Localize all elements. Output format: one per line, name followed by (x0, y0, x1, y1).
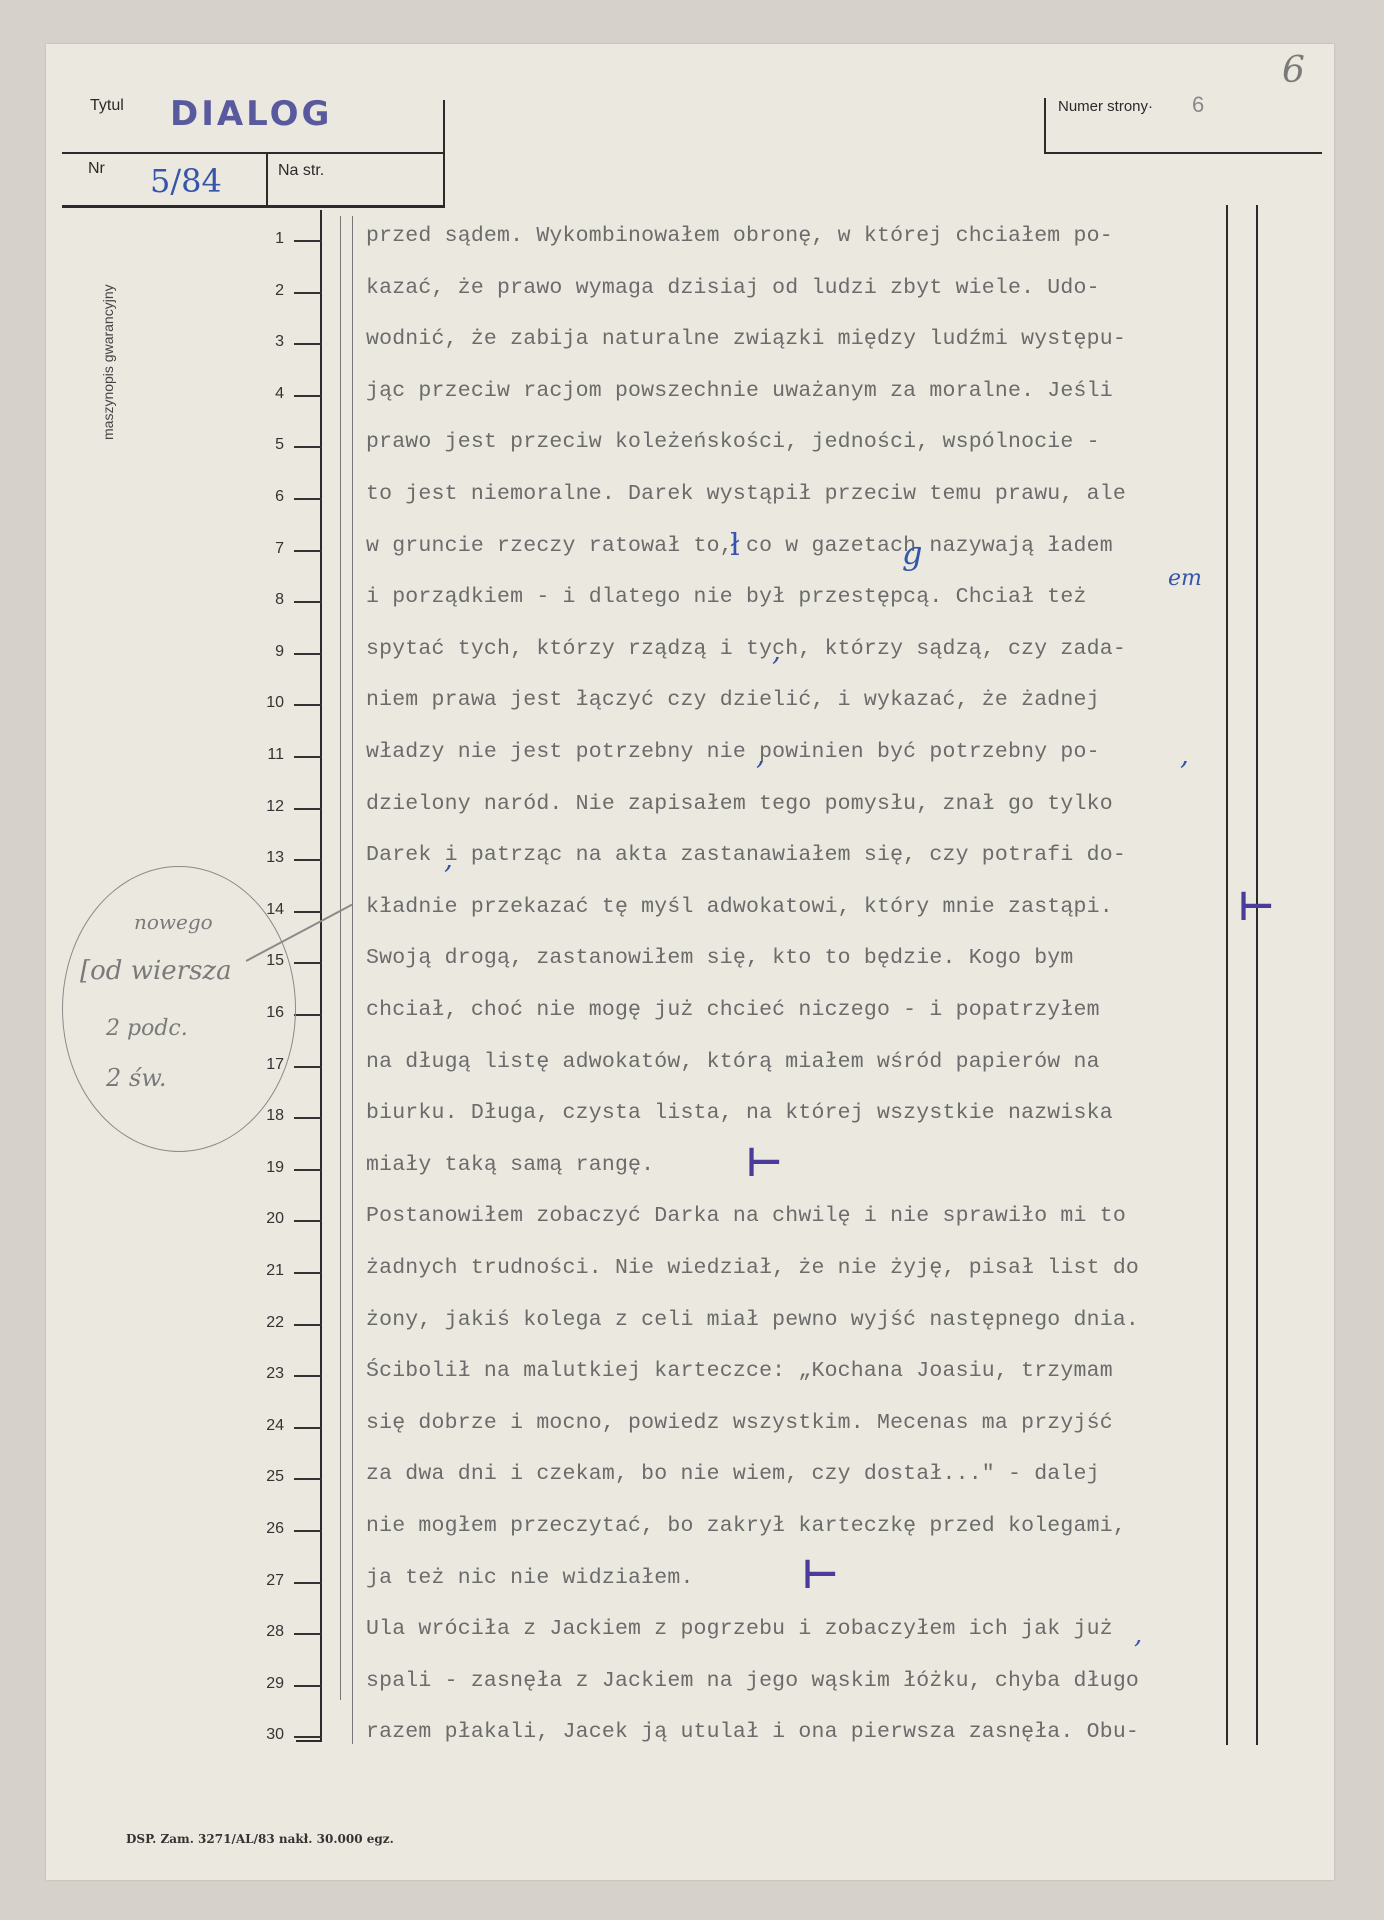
line-number: 8 (244, 591, 284, 609)
typed-line: żadnych trudności. Nie wiedział, że nie … (366, 1256, 1139, 1280)
header-cell-divider (266, 152, 268, 206)
typed-line: spali - zasnęła z Jackiem na jego wąskim… (366, 1669, 1139, 1693)
text-frame-right-1 (1226, 205, 1228, 1745)
line-tick (294, 653, 322, 655)
typed-line: kładnie przekazać tę myśl adwokatowi, kt… (366, 895, 1113, 919)
line-number: 21 (244, 1262, 284, 1280)
typed-line: żony, jakiś kolega z celi miał pewno wyj… (366, 1308, 1139, 1332)
line-tick (294, 1272, 322, 1274)
ruler-spine (320, 210, 322, 1742)
correction-comma-4: , (444, 842, 453, 875)
nr-label: Nr (88, 160, 105, 178)
nr-value: 5/84 (150, 162, 222, 200)
line-tick (294, 1066, 322, 1068)
line-tick (294, 1530, 322, 1532)
typed-line: przed sądem. Wykombinowałem obronę, w kt… (366, 224, 1113, 248)
page-number-box-bottom (1044, 152, 1322, 154)
line-tick (294, 1117, 322, 1119)
typed-line: niem prawa jest łączyć czy dzielić, i wy… (366, 688, 1100, 712)
pencil-note-line-3: 2 podc. (106, 1016, 188, 1041)
line-number: 26 (244, 1520, 284, 1538)
line-number: 5 (244, 436, 284, 454)
line-tick (294, 859, 322, 861)
page-number-box-left (1044, 98, 1046, 154)
line-number: 28 (244, 1623, 284, 1641)
pencil-note-line-2: [od wiersza (80, 956, 232, 986)
typed-line: chciał, choć nie mogę już chcieć niczego… (366, 998, 1100, 1022)
line-tick (294, 1427, 322, 1429)
line-number: 27 (244, 1572, 284, 1590)
typed-line: ja też nic nie widziałem. (366, 1566, 694, 1590)
correction-comma-5: , (1134, 1620, 1142, 1650)
line-number: 11 (244, 746, 284, 764)
typed-line: Darek i patrząc na akta zastanawiałem si… (366, 843, 1126, 867)
typed-line: Ula wróciła z Jackiem z pogrzebu i zobac… (366, 1617, 1113, 1641)
typed-line: się dobrze i mocno, powiedz wszystkim. M… (366, 1411, 1113, 1435)
paragraph-mark-2: ⊢ (746, 1140, 783, 1186)
corner-page-number: 6 (1282, 50, 1305, 91)
typed-line: kazać, że prawo wymaga dzisiaj od ludzi … (366, 276, 1100, 300)
line-tick (294, 1685, 322, 1687)
na-str-label: Na str. (278, 162, 324, 180)
line-tick (294, 1582, 322, 1584)
typed-line: na długą listę adwokatów, którą miałem w… (366, 1050, 1100, 1074)
line-tick (294, 704, 322, 706)
pencil-note-line-1: nowego (134, 910, 213, 934)
line-tick (294, 1478, 322, 1480)
correction-l: ł (730, 528, 740, 563)
typed-line: biurku. Długa, czysta lista, na której w… (366, 1101, 1113, 1125)
title-label: Tytul (90, 97, 124, 115)
line-tick (294, 343, 322, 345)
correction-em: em (1168, 566, 1202, 591)
line-number: 12 (244, 798, 284, 816)
typed-line: Ścibolił na malutkiej karteczce: „Kochan… (366, 1359, 1113, 1383)
typed-line: prawo jest przeciw koleżeńskości, jednoś… (366, 430, 1100, 454)
header-box-right-border (443, 100, 445, 208)
line-tick (294, 1375, 322, 1377)
correction-comma-2: , (756, 738, 765, 771)
line-number: 19 (244, 1159, 284, 1177)
correction-comma-1: , (772, 634, 781, 667)
line-tick (294, 550, 322, 552)
line-number: 3 (244, 333, 284, 351)
line-tick (294, 1324, 322, 1326)
line-tick (294, 808, 322, 810)
header-bottom-border (62, 205, 445, 208)
title-stamp: DIALOG (170, 94, 332, 134)
line-tick (294, 1736, 322, 1738)
line-number: 25 (244, 1468, 284, 1486)
typed-line: za dwa dni i czekam, bo nie wiem, czy do… (366, 1462, 1100, 1486)
line-number: 29 (244, 1675, 284, 1693)
line-tick (294, 292, 322, 294)
pencil-note-line-4: 2 św. (106, 1064, 167, 1092)
line-tick (294, 1014, 322, 1016)
typed-line: wodnić, że zabija naturalne związki międ… (366, 327, 1126, 351)
typed-line: razem płakali, Jacek ją utulał i ona pie… (366, 1720, 1139, 1744)
line-number: 24 (244, 1417, 284, 1435)
header-divider (62, 152, 445, 154)
line-number: 9 (244, 643, 284, 661)
typed-line: nie mogłem przeczytać, bo zakrył kartecz… (366, 1514, 1126, 1538)
page-number-value: 6 (1192, 92, 1204, 118)
guarantee-typescript-label: maszynopis gwarancyjny (100, 284, 116, 440)
correction-g: g (902, 534, 922, 572)
line-tick (294, 1169, 322, 1171)
line-tick (294, 1220, 322, 1222)
line-tick (294, 911, 322, 913)
line-number: 20 (244, 1210, 284, 1228)
typed-line: Postanowiłem zobaczyć Darka na chwilę i … (366, 1204, 1126, 1228)
line-number: 30 (244, 1726, 284, 1744)
line-number: 7 (244, 540, 284, 558)
line-tick (294, 601, 322, 603)
page-number-label: Numer strony· (1058, 98, 1153, 115)
line-tick (294, 240, 322, 242)
line-number: 22 (244, 1314, 284, 1332)
line-number: 4 (244, 385, 284, 403)
typed-line: spytać tych, którzy rządzą i tych, którz… (366, 637, 1126, 661)
print-info-footer: DSP. Zam. 3271/AL/83 nakł. 30.000 egz. (126, 1832, 394, 1846)
typed-line: Swoją drogą, zastanowiłem się, kto to bę… (366, 946, 1074, 970)
correction-comma-3: , (1180, 738, 1189, 771)
line-number: 10 (244, 694, 284, 712)
line-number: 23 (244, 1365, 284, 1383)
line-number: 6 (244, 488, 284, 506)
typed-line: jąc przeciw racjom powszechnie uważanym … (366, 379, 1113, 403)
typed-line: i porządkiem - i dlatego nie był przestę… (366, 585, 1087, 609)
line-tick (294, 446, 322, 448)
line-tick (294, 756, 322, 758)
line-tick (294, 498, 322, 500)
typed-line: miały taką samą rangę. (366, 1153, 654, 1177)
text-frame-right-2 (1256, 205, 1258, 1745)
paragraph-mark-1: ⊢ (1238, 884, 1275, 930)
typed-line: władzy nie jest potrzebny nie powinien b… (366, 740, 1100, 764)
text-frame-left-outer (352, 216, 353, 1744)
typed-line: to jest niemoralne. Darek wystąpił przec… (366, 482, 1126, 506)
text-frame-left-inner (340, 216, 341, 1700)
ruler-end (296, 1740, 322, 1742)
line-tick (294, 1633, 322, 1635)
line-number: 13 (244, 849, 284, 867)
line-number: 1 (244, 230, 284, 248)
line-number: 2 (244, 282, 284, 300)
pencil-note-circle (62, 866, 296, 1152)
typed-line: dzielony naród. Nie zapisałem tego pomys… (366, 792, 1113, 816)
line-tick (294, 962, 322, 964)
line-tick (294, 395, 322, 397)
paragraph-mark-3: ⊢ (802, 1552, 839, 1598)
